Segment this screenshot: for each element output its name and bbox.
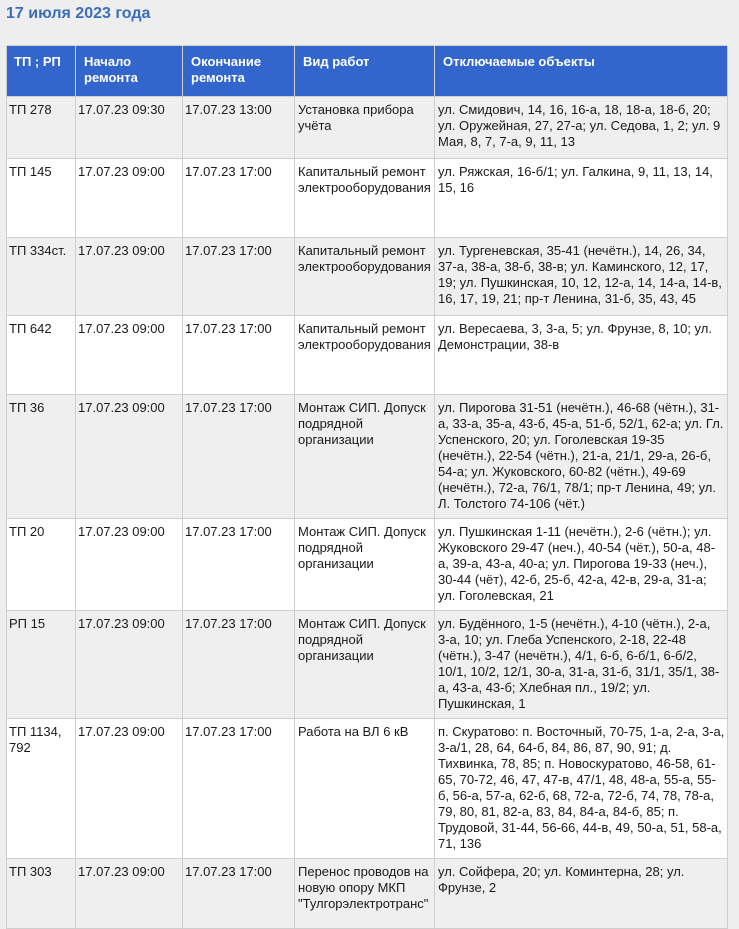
page-title: 17 июля 2023 года (6, 4, 150, 24)
table-header-row: ТП ; РП Начало ремонта Окончание ремонта… (7, 46, 728, 97)
cell-tp: ТП 642 (7, 316, 76, 395)
cell-tp: ТП 334ст. (7, 238, 76, 316)
cell-start: 17.07.23 09:00 (76, 316, 183, 395)
cell-end: 17.07.23 17:00 (183, 719, 295, 859)
cell-work: Перенос проводов на новую опору МКП "Тул… (295, 859, 435, 898)
cell-objects: ул. Пушкинская 1-11 (нечётн.), 2-6 (чётн… (435, 519, 728, 611)
table-row: ТП 303 17.07.23 09:00 17.07.23 17:00 Пер… (7, 859, 728, 898)
cell-start: 17.07.23 09:00 (76, 859, 183, 898)
header-end: Окончание ремонта (183, 46, 295, 97)
cell-end: 17.07.23 17:00 (183, 519, 295, 611)
cell-work: Монтаж СИП. Допуск подрядной организации (295, 519, 435, 611)
cell-start: 17.07.23 09:30 (76, 97, 183, 159)
cell-end: 17.07.23 17:00 (183, 159, 295, 238)
cell-tp: ТП 278 (7, 97, 76, 159)
cell-work: Капитальный ремонт электрооборудования (295, 316, 435, 395)
cell-end: 17.07.23 17:00 (183, 316, 295, 395)
cell-work: Капитальный ремонт электрооборудования (295, 238, 435, 316)
cell-objects: ул. Ряжская, 16-б/1; ул. Галкина, 9, 11,… (435, 159, 728, 238)
table-row: ТП 278 17.07.23 09:30 17.07.23 13:00 Уст… (7, 97, 728, 159)
table-row: ТП 36 17.07.23 09:00 17.07.23 17:00 Монт… (7, 395, 728, 519)
cell-tp: ТП 1134, 792 (7, 719, 76, 859)
table-row: ТП 1134, 792 17.07.23 09:00 17.07.23 17:… (7, 719, 728, 859)
cell-objects: ул. Пирогова 31-51 (нечётн.), 46-68 (чёт… (435, 395, 728, 519)
cell-work: Работа на ВЛ 6 кВ (295, 719, 435, 859)
cell-end: 17.07.23 17:00 (183, 611, 295, 719)
table-row: РП 15 17.07.23 09:00 17.07.23 17:00 Монт… (7, 611, 728, 719)
outage-schedule-table: ТП ; РП Начало ремонта Окончание ремонта… (6, 45, 728, 897)
cell-start: 17.07.23 09:00 (76, 395, 183, 519)
cell-objects: ул. Смидович, 14, 16, 16-а, 18, 18-а, 18… (435, 97, 728, 159)
cell-start: 17.07.23 09:00 (76, 159, 183, 238)
table-row: ТП 642 17.07.23 09:00 17.07.23 17:00 Кап… (7, 316, 728, 395)
header-work: Вид работ (295, 46, 435, 97)
cell-work: Капитальный ремонт электрооборудования (295, 159, 435, 238)
cell-objects: ул. Вересаева, 3, 3-а, 5; ул. Фрунзе, 8,… (435, 316, 728, 395)
table-row: ТП 145 17.07.23 09:00 17.07.23 17:00 Кап… (7, 159, 728, 238)
cell-end: 17.07.23 17:00 (183, 238, 295, 316)
cell-objects: п. Скуратово: п. Восточный, 70-75, 1-а, … (435, 719, 728, 859)
cell-end: 17.07.23 17:00 (183, 395, 295, 519)
cell-objects: ул. Сойфера, 20; ул. Коминтерна, 28; ул.… (435, 859, 728, 898)
cell-tp: ТП 303 (7, 859, 76, 898)
cell-end: 17.07.23 17:00 (183, 859, 295, 898)
table-row: ТП 334ст. 17.07.23 09:00 17.07.23 17:00 … (7, 238, 728, 316)
cell-start: 17.07.23 09:00 (76, 719, 183, 859)
cell-start: 17.07.23 09:00 (76, 519, 183, 611)
cell-end: 17.07.23 13:00 (183, 97, 295, 159)
cell-tp: ТП 145 (7, 159, 76, 238)
header-tp: ТП ; РП (7, 46, 76, 97)
table-row: ТП 20 17.07.23 09:00 17.07.23 17:00 Монт… (7, 519, 728, 611)
cell-tp: РП 15 (7, 611, 76, 719)
cell-tp: ТП 20 (7, 519, 76, 611)
header-start: Начало ремонта (76, 46, 183, 97)
cell-objects: ул. Будённого, 1-5 (нечётн.), 4-10 (чётн… (435, 611, 728, 719)
cell-tp: ТП 36 (7, 395, 76, 519)
cell-work: Установка прибора учёта (295, 97, 435, 159)
cell-work: Монтаж СИП. Допуск подрядной организации (295, 611, 435, 719)
header-objects: Отключаемые объекты (435, 46, 728, 97)
cell-objects: ул. Тургеневская, 35-41 (нечётн.), 14, 2… (435, 238, 728, 316)
cell-start: 17.07.23 09:00 (76, 611, 183, 719)
cell-start: 17.07.23 09:00 (76, 238, 183, 316)
cell-work: Монтаж СИП. Допуск подрядной организации (295, 395, 435, 519)
